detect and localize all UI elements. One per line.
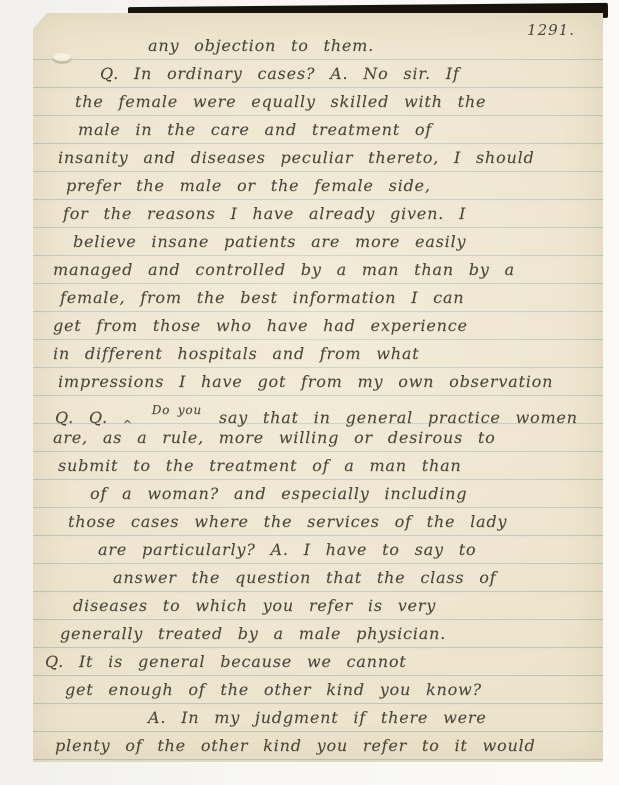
manuscript-line: impressions I have got from my own obser… <box>33 368 603 396</box>
manuscript-line: of a woman? and especially including <box>33 480 603 508</box>
line-text: for the reasons I have already given. I <box>63 204 466 223</box>
line-text: female, from the best information I can <box>60 288 464 307</box>
manuscript-line: Q. Q. ^ Do you say that in general pract… <box>33 396 603 424</box>
scanned-document: 1291. any objection to them.Q. In ordina… <box>0 0 619 785</box>
manuscript-page: 1291. any objection to them.Q. In ordina… <box>33 13 603 762</box>
manuscript-line: insanity and diseases peculiar thereto, … <box>33 144 603 172</box>
line-text: submit to the treatment of a man than <box>58 456 462 475</box>
manuscript-line: submit to the treatment of a man than <box>33 452 603 480</box>
line-text: Q. In ordinary cases? A. No sir. If <box>100 64 460 83</box>
manuscript-line: get from those who have had experience <box>33 312 603 340</box>
manuscript-line: for the reasons I have already given. I <box>33 200 603 228</box>
manuscript-line: managed and controlled by a man than by … <box>33 256 603 284</box>
manuscript-line: Q. In ordinary cases? A. No sir. If <box>33 60 603 88</box>
manuscript-lines: any objection to them.Q. In ordinary cas… <box>33 13 603 762</box>
manuscript-line: any objection to them. <box>33 32 603 60</box>
line-text: prefer the male or the female side, <box>66 176 431 195</box>
line-text: managed and controlled by a man than by … <box>53 260 515 279</box>
line-text: plenty of the other kind you refer to it… <box>55 736 536 755</box>
line-text: answer the question that the class of <box>113 568 496 587</box>
manuscript-line: A. In my judgment if there were <box>33 704 603 732</box>
manuscript-line: prefer the male or the female side, <box>33 172 603 200</box>
manuscript-line: Q. It is general because we cannot <box>33 648 603 676</box>
manuscript-line: generally treated by a male physician. <box>33 620 603 648</box>
line-text: diseases to which you refer is very <box>73 596 436 615</box>
line-text: get enough of the other kind you know? <box>65 680 482 699</box>
line-text: insanity and diseases peculiar thereto, … <box>58 148 535 167</box>
line-text: the female were equally skilled with the <box>75 92 486 111</box>
manuscript-line: female, from the best information I can <box>33 284 603 312</box>
line-text: of a woman? and especially including <box>90 484 467 503</box>
line-text: those cases where the services of the la… <box>68 512 507 531</box>
line-text: male in the care and treatment of <box>78 120 432 139</box>
manuscript-line: get enough of the other kind you know? <box>33 676 603 704</box>
manuscript-line: diseases to which you refer is very <box>33 592 603 620</box>
manuscript-line: plenty of the other kind you refer to it… <box>33 732 603 760</box>
line-text: Q. It is general because we cannot <box>45 652 407 671</box>
line-text: any objection to them. <box>148 36 374 55</box>
manuscript-line: male in the care and treatment of <box>33 116 603 144</box>
line-text: are particularly? A. I have to say to <box>98 540 476 559</box>
manuscript-line: the female were equally skilled with the <box>33 88 603 116</box>
manuscript-line: answer the question that the class of <box>33 564 603 592</box>
line-text: in different hospitals and from what <box>53 344 419 363</box>
inserted-text: Do you <box>152 403 202 417</box>
manuscript-line: are, as a rule, more willing or desirous… <box>33 424 603 452</box>
line-text: get from those who have had experience <box>53 316 468 335</box>
line-text: A. In my judgment if there were <box>148 708 487 727</box>
line-text: impressions I have got from my own obser… <box>58 372 553 391</box>
manuscript-line: are particularly? A. I have to say to <box>33 536 603 564</box>
line-text: generally treated by a male physician. <box>60 624 446 643</box>
manuscript-line: believe insane patients are more easily <box>33 228 603 256</box>
line-text: believe insane patients are more easily <box>73 232 466 251</box>
manuscript-line: those cases where the services of the la… <box>33 508 603 536</box>
line-text: are, as a rule, more willing or desirous… <box>53 428 496 447</box>
manuscript-line: in different hospitals and from what <box>33 340 603 368</box>
